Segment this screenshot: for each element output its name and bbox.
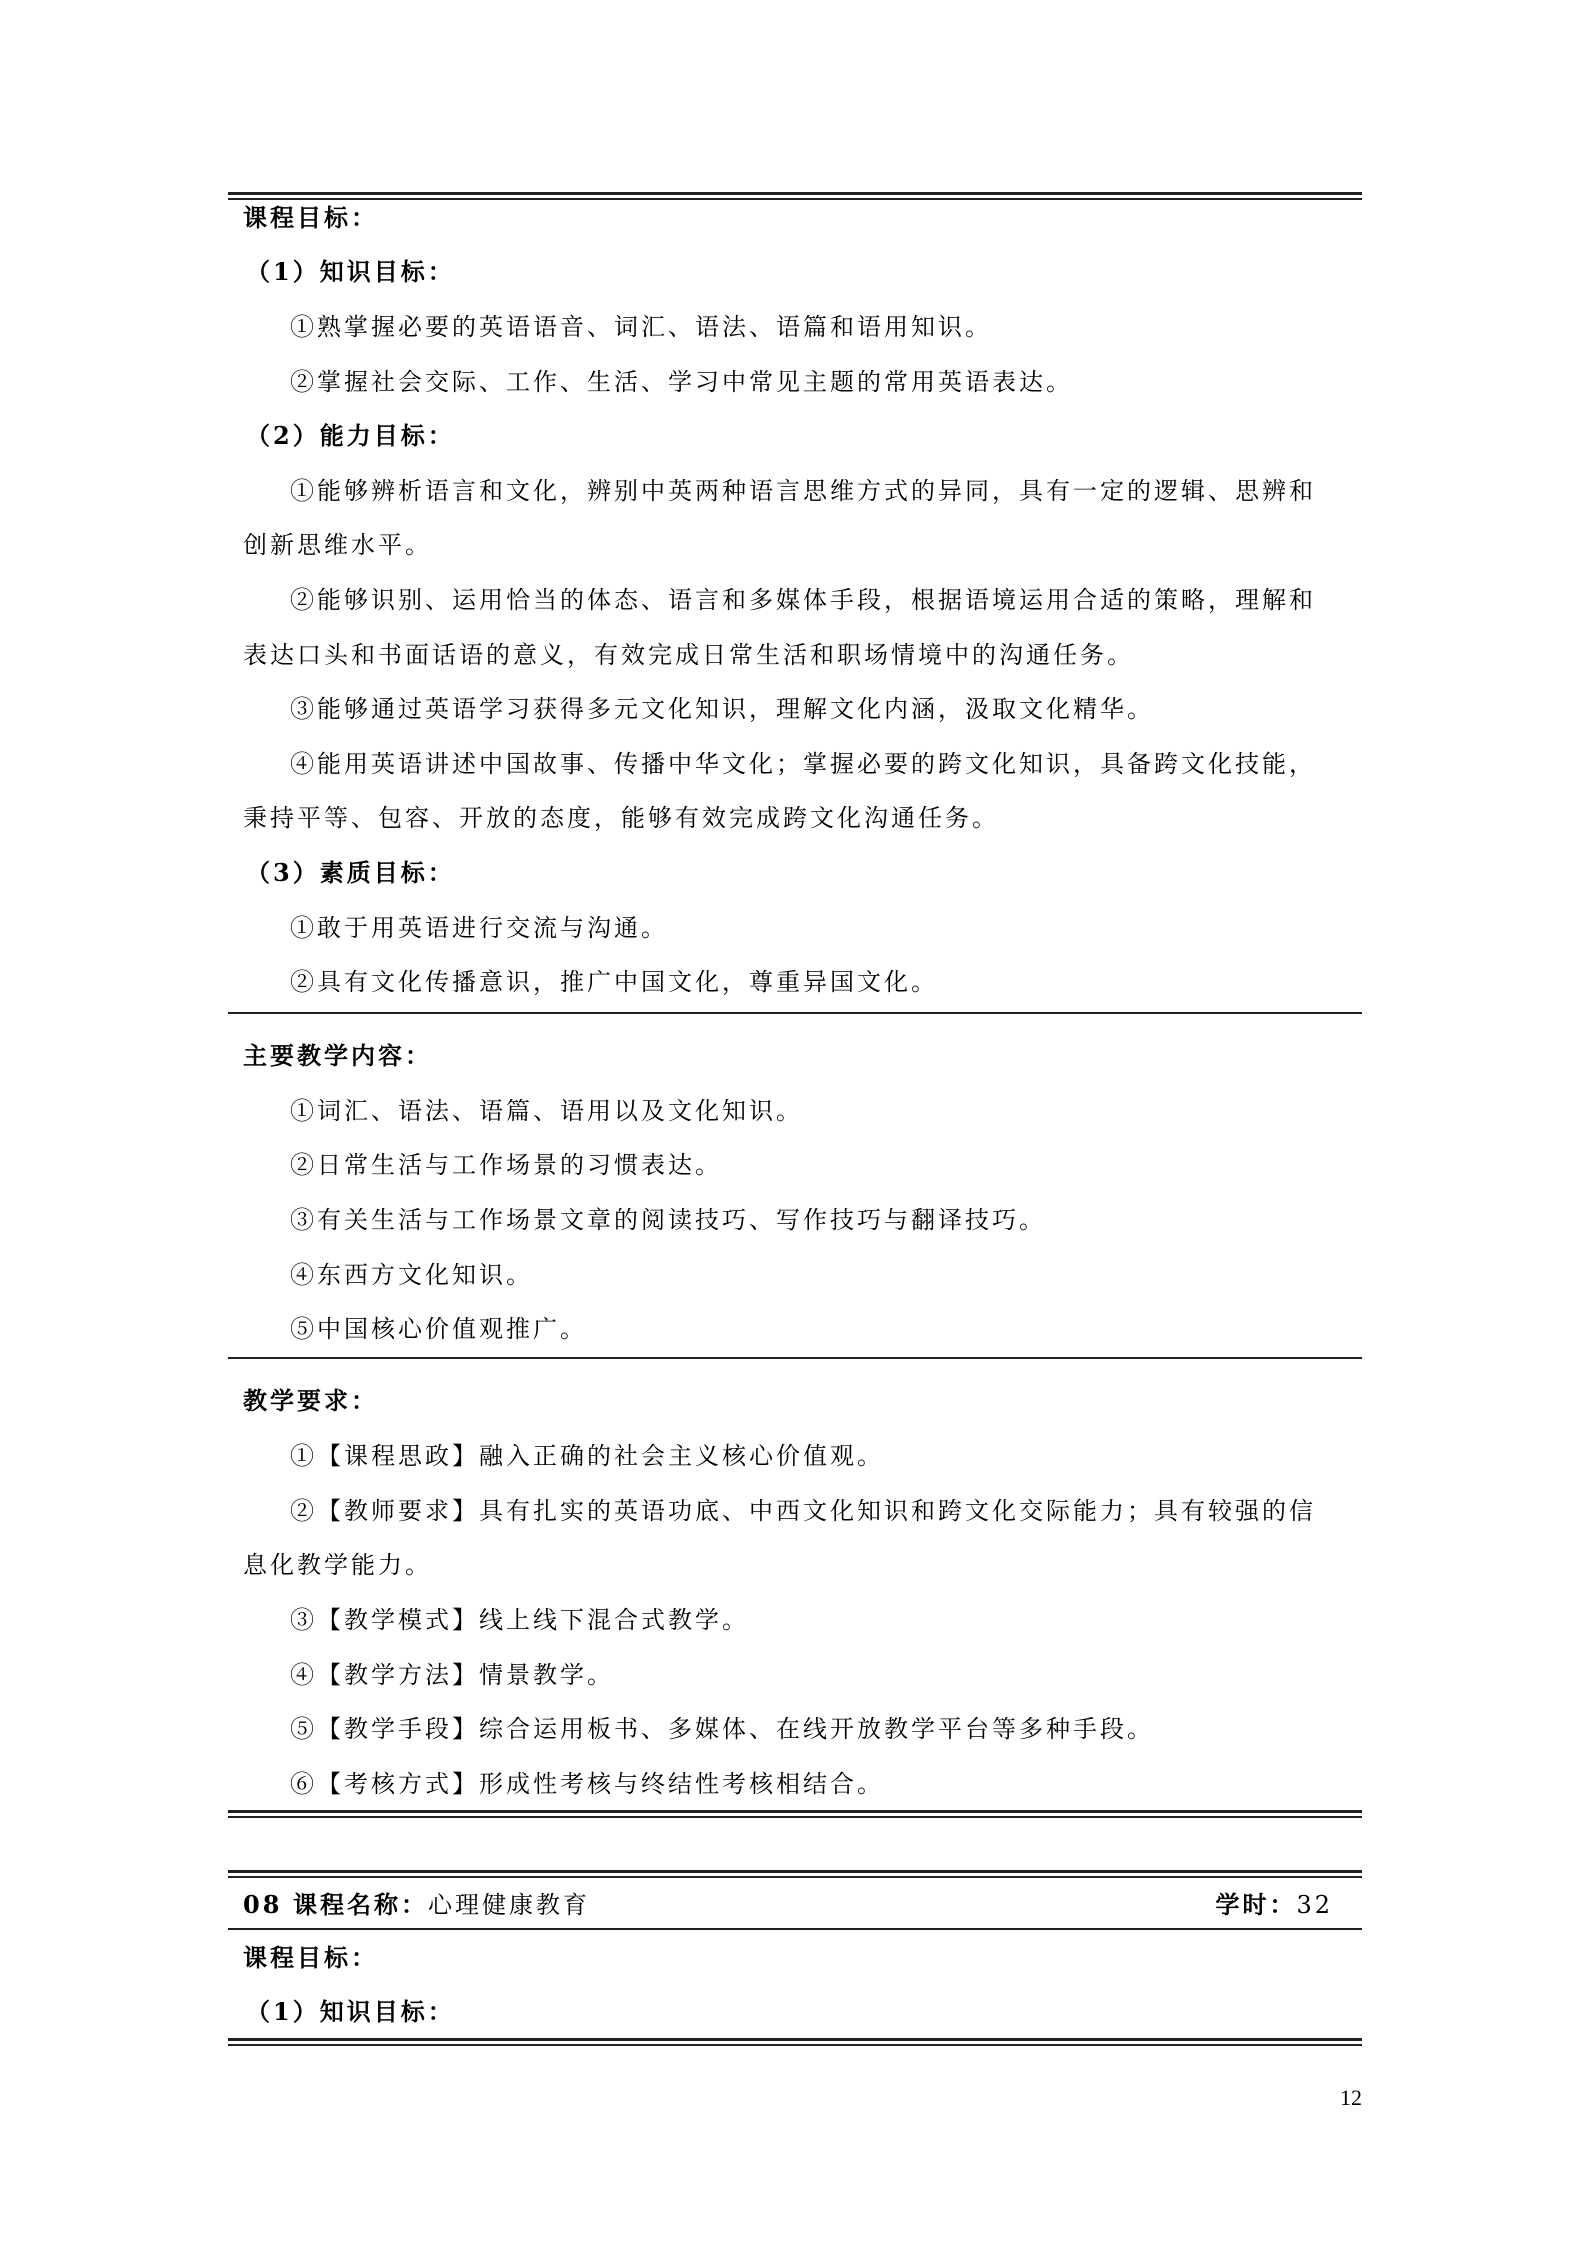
quality-objectives-heading: （3）素质目标： <box>246 858 1361 888</box>
content-item: ③有关生活与工作场景文章的阅读技巧、写作技巧与翻译技巧。 <box>290 1205 1405 1235</box>
content-item: ④东西方文化知识。 <box>290 1260 1405 1290</box>
objectives-heading: 课程目标： <box>243 203 1358 233</box>
requirement-item: ⑥【考核方式】形成性考核与终结性考核相结合。 <box>290 1769 1405 1799</box>
requirement-item-continuation: 息化教学能力。 <box>243 1550 1358 1580</box>
requirement-item: ①【课程思政】融入正确的社会主义核心价值观。 <box>290 1441 1405 1471</box>
objectives-heading: 课程目标： <box>243 1943 1358 1973</box>
quality-item: ①敢于用英语进行交流与沟通。 <box>290 913 1405 943</box>
content-heading: 主要教学内容： <box>243 1041 1358 1071</box>
ability-objectives-heading: （2）能力目标： <box>246 421 1361 451</box>
course-hours: 学时：32 <box>1215 1890 1333 1920</box>
requirements-heading: 教学要求： <box>243 1386 1358 1416</box>
course-number: 08 <box>243 1890 282 1919</box>
knowledge-objectives-heading: （1）知识目标： <box>246 257 1361 287</box>
ability-item: ②能够识别、运用恰当的体态、语言和多媒体手段，根据语境运用合适的策略，理解和 <box>290 585 1405 615</box>
course-name-label: 课程名称： <box>293 1890 428 1919</box>
section-divider <box>228 1928 1362 1930</box>
knowledge-item: ②掌握社会交际、工作、生活、学习中常见主题的常用英语表达。 <box>290 367 1405 397</box>
content-item: ①词汇、语法、语篇、语用以及文化知识。 <box>290 1096 1405 1126</box>
document-page: 课程目标： （1）知识目标： ①熟掌握必要的英语语音、词汇、语法、语篇和语用知识… <box>0 0 1587 2245</box>
requirement-item: ⑤【教学手段】综合运用板书、多媒体、在线开放教学平台等多种手段。 <box>290 1714 1405 1744</box>
table-bottom-rule <box>228 2038 1362 2046</box>
course-title-row: 08 课程名称：心理健康教育 学时：32 <box>243 1890 1333 1920</box>
ability-item-continuation: 创新思维水平。 <box>243 530 1358 560</box>
ability-item: ③能够通过英语学习获得多元文化知识，理解文化内涵，汲取文化精华。 <box>290 694 1405 724</box>
table-bottom-rule <box>228 1810 1362 1818</box>
page-number: 12 <box>1340 2085 1362 2111</box>
ability-item: ①能够辨析语言和文化，辨别中英两种语言思维方式的异同，具有一定的逻辑、思辨和 <box>290 476 1405 506</box>
quality-item: ②具有文化传播意识，推广中国文化，尊重异国文化。 <box>290 967 1405 997</box>
requirement-item: ③【教学模式】线上线下混合式教学。 <box>290 1605 1405 1635</box>
requirement-item: ④【教学方法】情景教学。 <box>290 1660 1405 1690</box>
hours-label: 学时： <box>1215 1890 1296 1919</box>
knowledge-objectives-heading: （1）知识目标： <box>246 1997 1361 2027</box>
content-item: ⑤中国核心价值观推广。 <box>290 1314 1405 1344</box>
hours-value: 32 <box>1296 1891 1333 1919</box>
course-name: 心理健康教育 <box>428 1891 590 1919</box>
ability-item-continuation: 秉持平等、包容、开放的态度，能够有效完成跨文化沟通任务。 <box>243 803 1358 833</box>
section-divider <box>228 1012 1362 1014</box>
requirement-item: ②【教师要求】具有扎实的英语功底、中西文化知识和跨文化交际能力；具有较强的信 <box>290 1496 1405 1526</box>
section-divider <box>228 1357 1362 1359</box>
ability-item-continuation: 表达口头和书面话语的意义，有效完成日常生活和职场情境中的沟通任务。 <box>243 640 1358 670</box>
table-top-rule <box>228 192 1362 200</box>
knowledge-item: ①熟掌握必要的英语语音、词汇、语法、语篇和语用知识。 <box>290 312 1405 342</box>
ability-item: ④能用英语讲述中国故事、传播中华文化；掌握必要的跨文化知识，具备跨文化技能， <box>290 749 1405 779</box>
content-item: ②日常生活与工作场景的习惯表达。 <box>290 1150 1405 1180</box>
table-top-rule <box>228 1870 1362 1878</box>
